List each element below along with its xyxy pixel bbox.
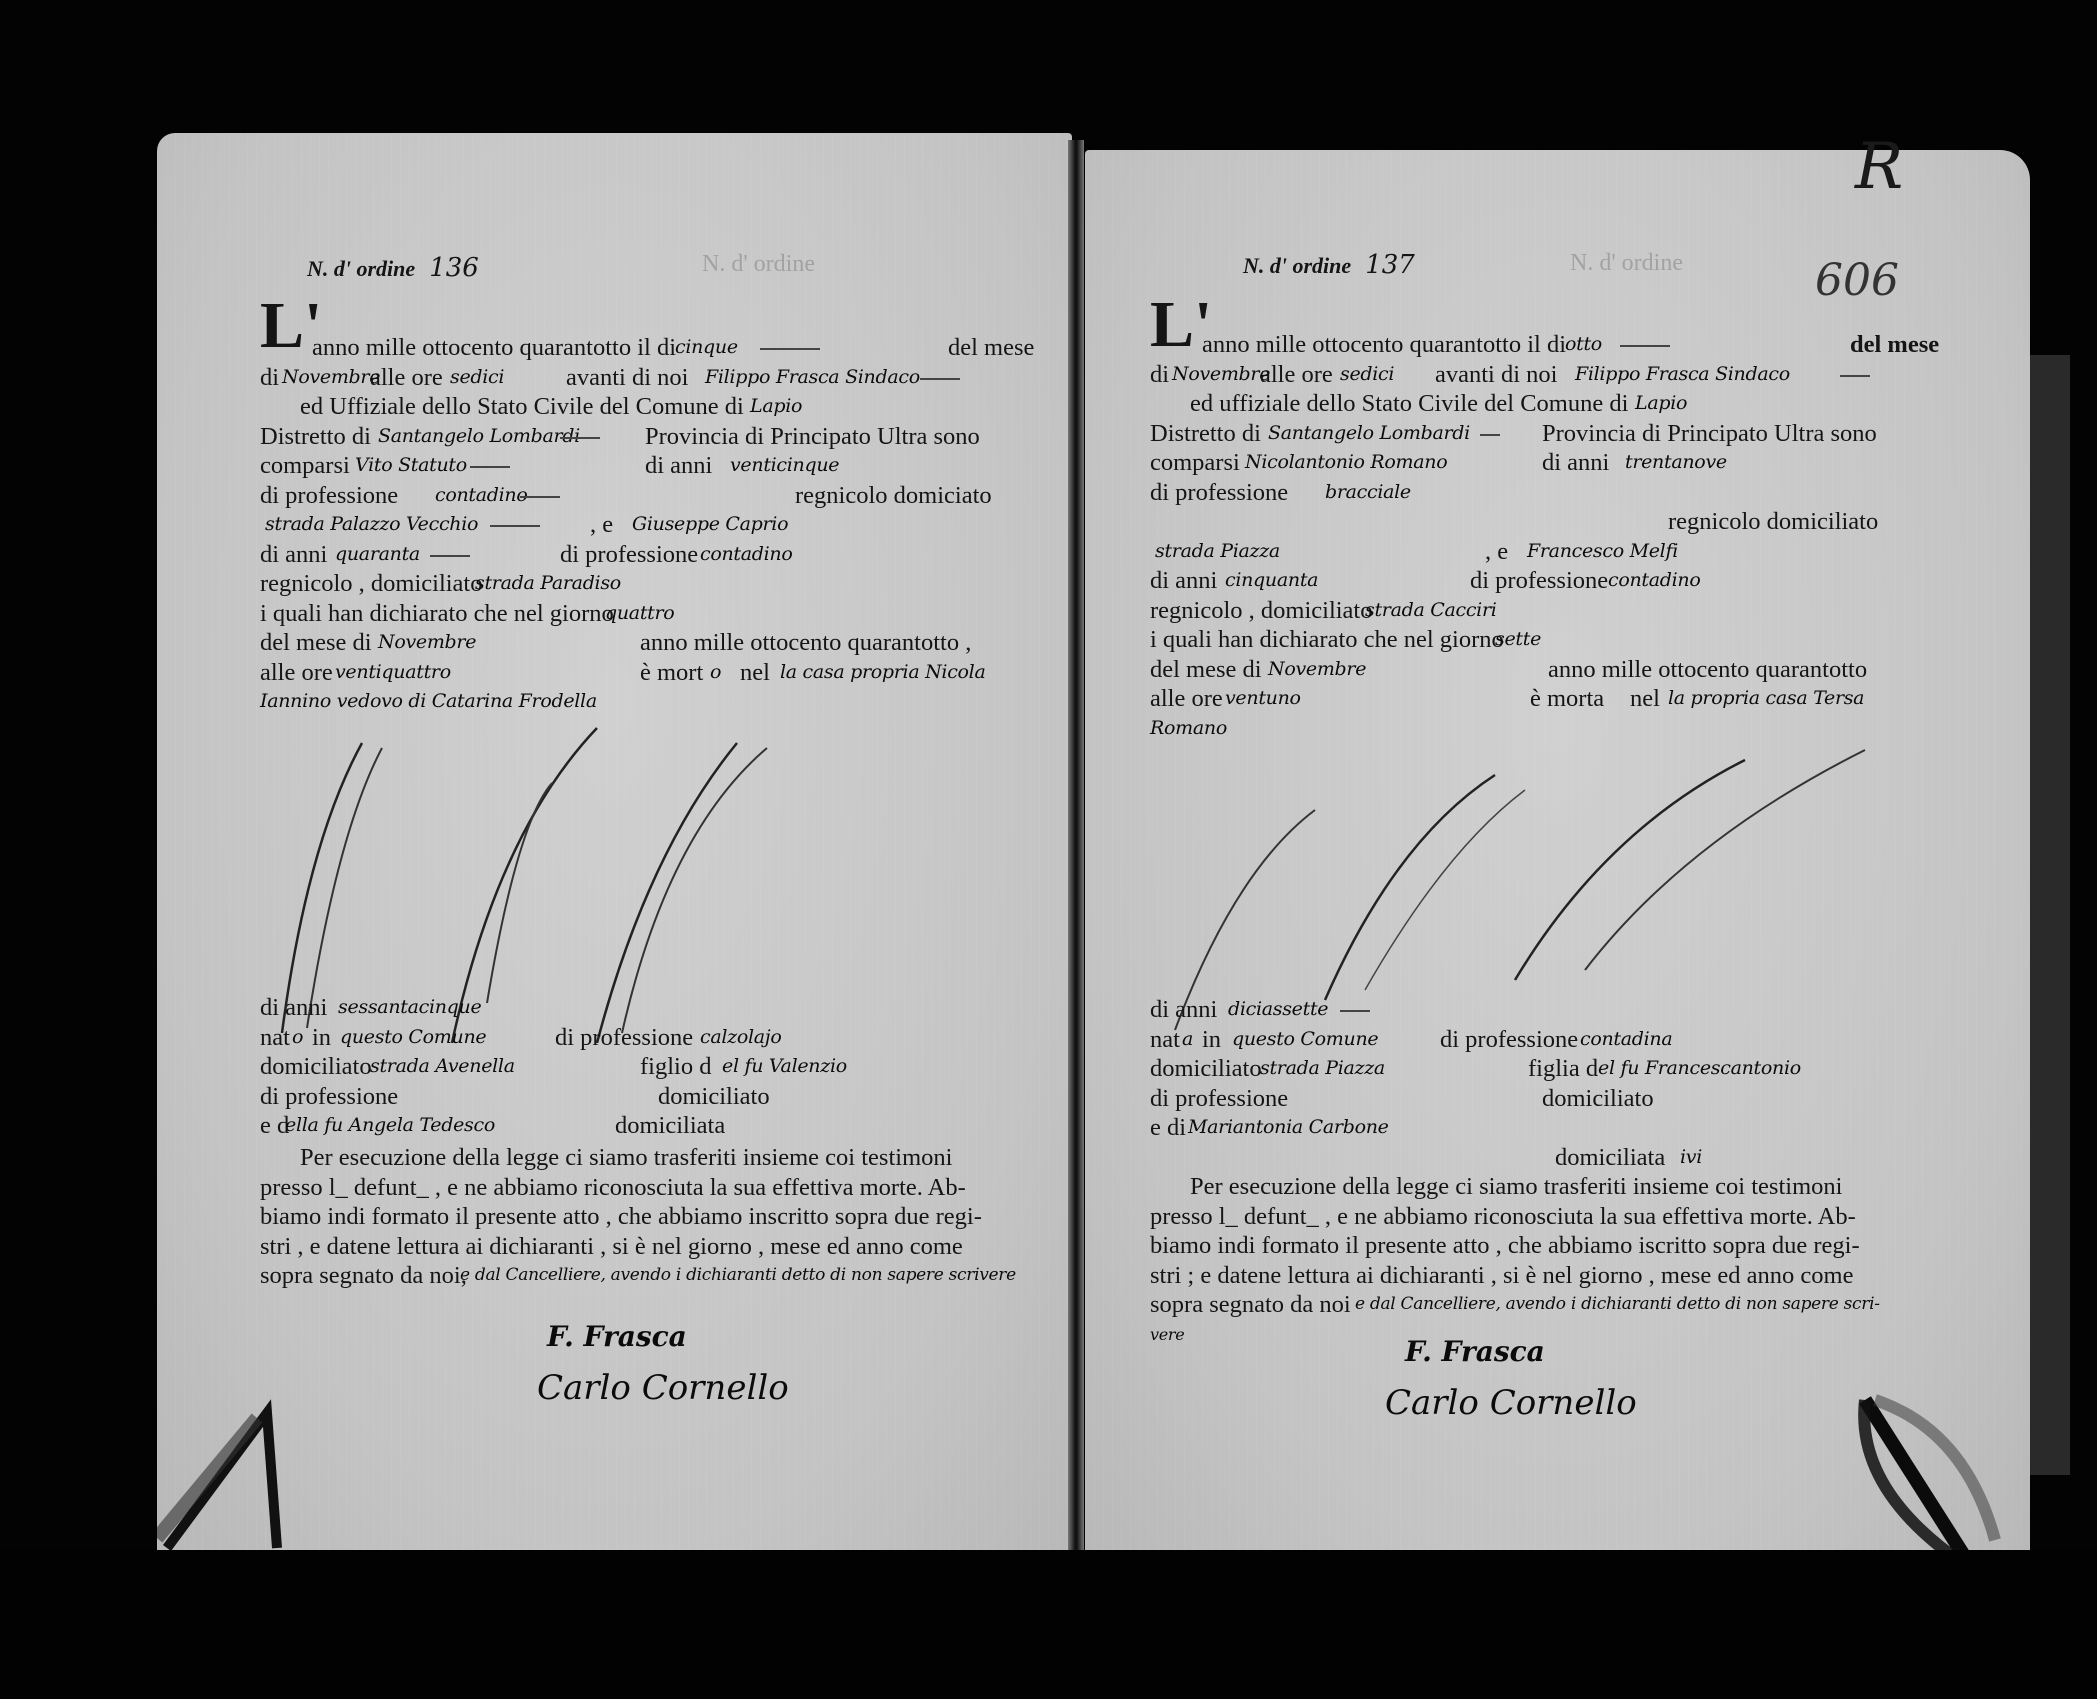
left-record-body-2: di anni sessantacinque nat o in questo C… (260, 993, 1040, 1141)
record-line: domiciliata ivi (1150, 1143, 1950, 1173)
record-line: regnicolo domiciliato (1150, 507, 1950, 537)
right-page: N. d' ordine R 606 N. d' ordine137 L' an… (1085, 150, 2030, 1565)
record-line: di Novembre alle ore sedici avanti di no… (260, 363, 1040, 393)
record-line: domiciliato strada Avenella figlio d el … (260, 1052, 1040, 1082)
record-line: strada Palazzo Vecchio , e Giuseppe Capr… (260, 510, 1040, 540)
left-page: N. d' ordine N. d' ordine136 L' anno mil… (157, 133, 1072, 1553)
record-line: di anni quaranta di professione contadin… (260, 540, 1040, 570)
ordine-number-right: 137 (1365, 250, 1415, 280)
record-line: di professione bracciale (1150, 478, 1950, 508)
record-line: comparsi Nicolantonio Romano di anni tre… (1150, 448, 1950, 478)
record-line: sopra segnato da noi, e dal Cancelliere,… (260, 1261, 1040, 1291)
record-line: ed Uffiziale dello Stato Civile del Comu… (260, 392, 1040, 422)
record-line: di anni diciassette (1150, 995, 1950, 1025)
record-line: Iannino vedovo di Catarina Frodella (260, 687, 1040, 717)
record-line: strada Piazza , e Francesco Melfi (1150, 537, 1950, 567)
signature-mayor-left: F. Frasca (547, 1320, 687, 1353)
ordine-number-left: 136 (429, 253, 479, 283)
bleed-through-text: N. d' ordine (702, 251, 815, 278)
record-line: anno mille ottocento quarantotto il di o… (1150, 330, 1950, 360)
left-record-body: anno mille ottocento quarantotto il di c… (260, 333, 1040, 717)
record-line: i quali han dichiarato che nel giorno qu… (260, 599, 1040, 629)
ordine-label-left: N. d' ordine136 (307, 253, 479, 283)
book-gutter (1068, 140, 1084, 1570)
record-line: sopra segnato da noi e dal Cancelliere, … (1150, 1290, 1950, 1320)
record-line: i quali han dichiarato che nel giorno se… (1150, 625, 1950, 655)
record-line: comparsi Vito Statuto di anni venticinqu… (260, 451, 1040, 481)
left-closing-paragraph: Per esecuzione della legge ci siamo tras… (260, 1143, 1040, 1291)
record-line: e di Mariantonia Carbone (1150, 1113, 1950, 1143)
record-line: di professione contadino regnicolo domic… (260, 481, 1040, 511)
page-clip-shadow (157, 1398, 297, 1558)
record-line: del mese di Novembre anno mille ottocent… (260, 628, 1040, 658)
bleed-through-text: N. d' ordine (1570, 250, 1683, 277)
record-line: di anni sessantacinque (260, 993, 1040, 1023)
record-line: regnicolo , domiciliato strada Cacciri (1150, 596, 1950, 626)
record-line: ed uffiziale dello Stato Civile del Comu… (1150, 389, 1950, 419)
record-line: vere (1150, 1320, 1950, 1350)
folio-letter: R (1855, 130, 1903, 204)
page-clip-shadow (1845, 1390, 2015, 1570)
right-record-body: anno mille ottocento quarantotto il di o… (1150, 330, 1950, 743)
record-line: di Novembre alle ore sedici avanti di no… (1150, 360, 1950, 390)
record-line: Romano (1150, 714, 1950, 744)
signature-clerk-right: Carlo Cornello (1385, 1383, 1637, 1423)
record-line: nat a in questo Comune di professione co… (1150, 1025, 1950, 1055)
record-line: di professione domiciliato (260, 1082, 1040, 1112)
record-line: del mese di Novembre anno mille ottocent… (1150, 655, 1950, 685)
folio-number: 606 (1815, 255, 1899, 306)
record-line: alle ore ventuno è morta nel la propria … (1150, 684, 1950, 714)
right-record-body-2: di anni diciassette nat a in questo Comu… (1150, 995, 1950, 1172)
right-closing-paragraph: Per esecuzione della legge ci siamo tras… (1150, 1172, 1950, 1349)
record-line: nat o in questo Comune di professione ca… (260, 1023, 1040, 1053)
record-line: Distretto di Santangelo Lombardi Provinc… (260, 422, 1040, 452)
record-line: di professione domiciliato (1150, 1084, 1950, 1114)
signature-mayor-right: F. Frasca (1405, 1335, 1545, 1368)
signature-clerk-left: Carlo Cornello (537, 1368, 789, 1408)
record-line: alle ore ventiquattro è mort o nel la ca… (260, 658, 1040, 688)
record-line: Distretto di Santangelo Lombardi Provinc… (1150, 419, 1950, 449)
ordine-label-right: N. d' ordine137 (1243, 250, 1415, 280)
record-line: e d ella fu Angela Tedesco domiciliata (260, 1111, 1040, 1141)
background-table (0, 1550, 2097, 1699)
record-line: anno mille ottocento quarantotto il di c… (260, 333, 1040, 363)
record-line: di anni cinquanta di professione contadi… (1150, 566, 1950, 596)
record-line: regnicolo , domiciliato strada Paradiso (260, 569, 1040, 599)
record-line: domiciliato strada Piazza figlia d el fu… (1150, 1054, 1950, 1084)
